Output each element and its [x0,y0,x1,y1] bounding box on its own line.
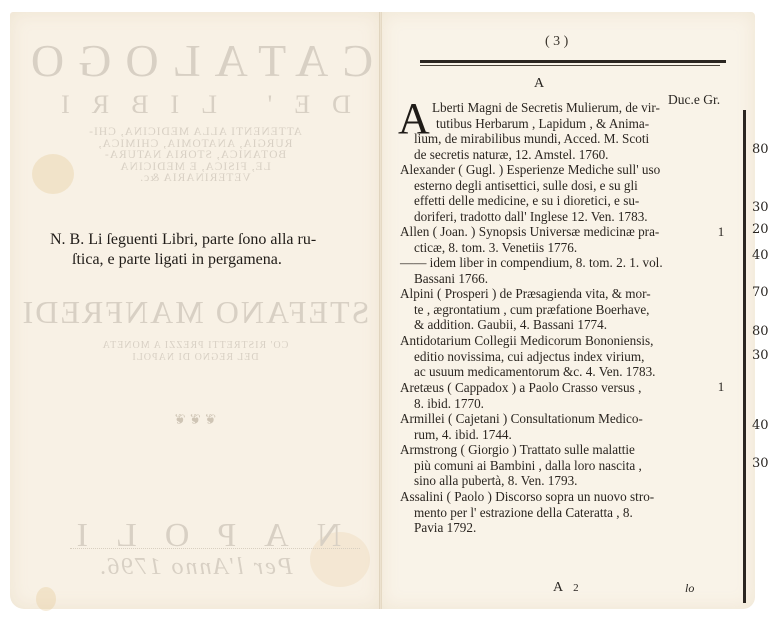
showthrough-price-note: CO' RISTRETTI PREZZI A MONETA DEL REGNO … [10,340,380,364]
catalog-entry: Lberti Magni de Secretis Mulierum, de vi… [432,100,707,131]
entry-line: —— idem liber in compendium, 8. tom. 2. … [400,255,675,271]
signature-number: 2 [573,582,579,594]
showthrough-line: BOTANICA, STORIA NATURA- [10,150,380,162]
catalog-entry: Allen ( Joan. ) Synopsis Universæ medici… [400,224,675,255]
catalog-entry: Armillei ( Cajetani ) Consultationum Med… [400,411,675,442]
price-column-rule [743,403,746,603]
showthrough-line: CO' RISTRETTI PREZZI A MONETA [10,340,380,352]
header-rule [420,60,726,63]
entry-line: lium, de mirabilibus mundi, Acced. M. Sc… [414,131,689,147]
book-spine [379,12,382,609]
entry-line: tutibus Herbarum , Lapidum , & Anima- [432,116,707,132]
entry-line: Allen ( Joan. ) Synopsis Universæ medici… [400,224,675,240]
entry-line: Aretæus ( Cappadox ) a Paolo Crasso vers… [400,380,675,396]
entry-line: cticæ, 8. tom. 3. Venetiis 1776. [400,240,675,256]
foxing-stain [36,587,56,611]
entry-line: te , ægrontatium , cum præfatione Boerha… [400,302,675,318]
showthrough-rule [70,548,360,552]
catalog-entry: Armstrong ( Giorgio ) Trattato sulle mal… [400,442,675,489]
header-rule-thin [420,65,720,66]
showthrough-subtitle: DE' LIBRI [10,90,380,120]
entry-line: 8. ibid. 1770. [400,396,675,412]
price-grana: 80 [752,142,768,157]
entry-line: Bassani 1766. [400,271,675,287]
showthrough-line: ATTENENTI ALLA MEDICINA, CHI- [10,127,380,139]
showthrough-subjects: ATTENENTI ALLA MEDICINA, CHI- RURGIA, AN… [10,127,380,185]
entry-line: doriferi, tradotto dall' Inglese 12. Ven… [400,209,675,225]
catalog-entry-cont: lium, de mirabilibus mundi, Acced. M. Sc… [414,131,689,162]
price-grana: 30 [752,200,768,215]
price-grana: 80 [752,324,768,339]
nota-bene-line: N. B. Li ſeguenti Libri, parte ſono alla… [50,230,370,250]
entry-line: sino alla pubertà, 8. Ven. 1793. [400,473,675,489]
entry-line: ac usuum medicamentorum &c. 4. Ven. 1783… [400,364,675,380]
price-grana: 70 [752,285,768,300]
entry-line: Assalini ( Paolo ) Discorso sopra un nuo… [400,489,675,505]
price-grana: 30 [752,456,768,471]
entry-line: esterno degli antisettici, sulle dosi, e… [400,178,675,194]
entry-line: editio novissima, cui adjectus index vir… [400,349,675,365]
catchword: lo [685,581,694,596]
entry-line: Armillei ( Cajetani ) Consultationum Med… [400,411,675,427]
nota-bene-line: ſtica, e parte ligati in pergamena. [50,250,370,270]
entry-line: Alexander ( Gugl. ) Esperienze Mediche s… [400,162,675,178]
entry-line: Antidotarium Collegii Medicorum Bononien… [400,333,675,349]
price-ducati: 1 [714,224,728,240]
entry-line: Lberti Magni de Secretis Mulierum, de vi… [432,100,707,116]
entry-line: più comuni ai Bambini , dalla loro nasci… [400,458,675,474]
catalog-entry: Alpini ( Prosperi ) de Præsagienda vita,… [400,286,675,333]
catalog-entry: Antidotarium Collegii Medicorum Bononien… [400,333,675,380]
showthrough-line: DEL REGNO DI NAPOLI [10,352,380,364]
price-grana: 40 [752,248,768,263]
entry-line: & addition. Gaubii, 4. Bassani 1774. [400,317,675,333]
catalog-entry: —— idem liber in compendium, 8. tom. 2. … [400,255,675,286]
showthrough-title: CATALOGO [10,34,380,87]
catalog-entry: Aretæus ( Cappadox ) a Paolo Crasso vers… [400,380,675,411]
showthrough-seller: STEFANO MANFREDI [10,294,380,331]
catalog-entry: Alexander ( Gugl. ) Esperienze Mediche s… [400,162,675,224]
section-letter: A [534,76,544,92]
signature-letter: A [553,580,563,595]
entry-line: Pavia 1792. [400,520,675,536]
price-ducati: 1 [714,379,728,395]
nota-bene: N. B. Li ſeguenti Libri, parte ſono alla… [50,230,370,270]
price-grana: 20 [752,222,768,237]
entry-line: Alpini ( Prosperi ) de Præsagienda vita,… [400,286,675,302]
left-page: CATALOGO DE' LIBRI ATTENENTI ALLA MEDICI… [10,12,380,609]
ornament-icon: ❦ ❦ ❦ [10,412,380,429]
showthrough-line: VETERINARIA &c. [10,173,380,185]
entry-line: effetti delle medicine, e su i dioretici… [400,193,675,209]
entry-line: de secretis naturæ, 12. Amstel. 1760. [414,147,689,163]
entry-line: rum, 4. ibid. 1744. [400,427,675,443]
entry-line: mento per l' estrazione della Cateratta … [400,505,675,521]
price-grana: 30 [752,348,768,363]
entry-line: Armstrong ( Giorgio ) Trattato sulle mal… [400,442,675,458]
page-number: ( 3 ) [545,34,568,50]
price-grana: 40 [752,418,768,433]
signature-mark: A2 [553,580,579,596]
catalog-entry: Assalini ( Paolo ) Discorso sopra un nuo… [400,489,675,536]
showthrough-year: Per l'Anno 1796. [10,554,380,581]
